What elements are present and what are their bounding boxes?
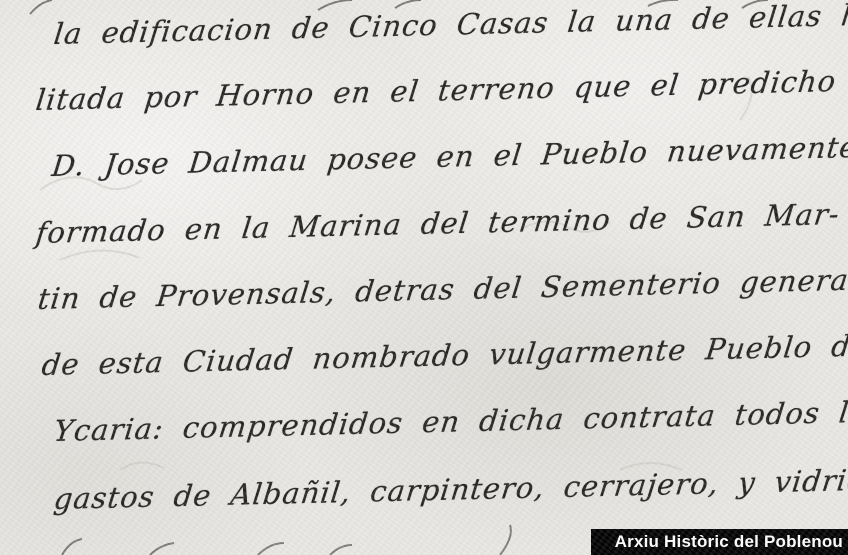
manuscript-line-8: gastos de Albañil, carpintero, cerrajero… <box>52 461 848 516</box>
manuscript-line-4: formado en la Marina del termino de San … <box>34 197 842 250</box>
manuscript-line-2: litada por Horno en el terreno que el pr… <box>34 64 838 117</box>
manuscript-line-1: la edificacion de Cinco Casas la una de … <box>52 0 848 51</box>
manuscript-line-5: tin de Provensals, detras del Sementerio… <box>36 263 848 316</box>
manuscript-page: la edificacion de Cinco Casas la una de … <box>0 0 848 555</box>
manuscript-line-6: de esta Ciudad nombrado vulgarmente Pueb… <box>40 328 848 382</box>
archive-credit-banner: Arxiu Històric del Poblenou <box>591 529 848 555</box>
manuscript-line-3: D. Jose Dalmau posee en el Pueblo nuevam… <box>50 130 848 183</box>
archive-credit-label: Arxiu Històric del Poblenou <box>615 532 843 552</box>
manuscript-line-7: Ycaria: comprendidos en dicha contrata t… <box>52 394 848 448</box>
